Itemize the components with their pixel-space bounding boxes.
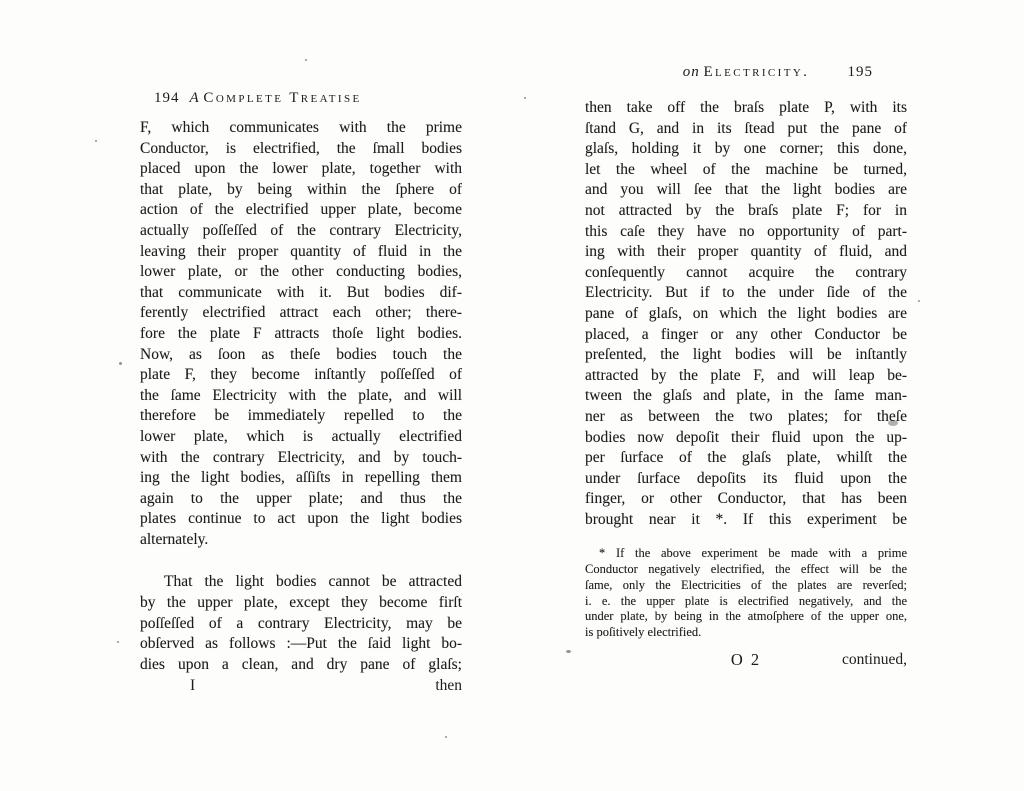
- right-page-number: 195: [848, 64, 874, 81]
- text-line: under ſurface depoſits its fluid upon th…: [585, 469, 907, 490]
- text-line: again to the upper plate; and thus the: [140, 489, 462, 510]
- text-line: preſented, the light bodies will be inſt…: [585, 345, 907, 366]
- scan-speck: [524, 97, 526, 99]
- spacer: [585, 650, 731, 671]
- footnote: * If the above experiment be made with a…: [585, 546, 907, 640]
- running-title-prefix-italic: on: [683, 64, 700, 80]
- text-line: by the upper plate, except they become f…: [140, 593, 462, 614]
- right-signature-row: O 2 continued,: [585, 650, 907, 671]
- scan-speck: [119, 362, 122, 365]
- text-line: that communicate with it. But bodies dif…: [140, 283, 462, 304]
- text-line: lower plate, or the other conducting bod…: [140, 262, 462, 283]
- text-line: placed, a finger or any other Conductor …: [585, 325, 907, 346]
- text-line: fore the plate F attracts thoſe light bo…: [140, 324, 462, 345]
- text-line: brought near it *. If this experiment be: [585, 510, 907, 531]
- text-line: with the contrary Electricity, and by to…: [140, 448, 462, 469]
- scan-speck: [566, 650, 571, 653]
- text-line: then take off the braſs plate P, with it…: [585, 98, 907, 119]
- running-title-text: Electricity.: [703, 64, 809, 80]
- text-line: lower plate, which is actually electrifi…: [140, 427, 462, 448]
- text-line: tween the glaſs and plate, in the ſame m…: [585, 386, 907, 407]
- text-line: Conductor negatively electrified, the ef…: [585, 562, 907, 578]
- text-line: ner as between the two plates; for theſe: [585, 407, 907, 428]
- text-line: Electricity. But if to the under ſide of…: [585, 283, 907, 304]
- right-body-paragraph: then take off the braſs plate P, with it…: [585, 98, 907, 530]
- text-line: plates continue to act upon the light bo…: [140, 509, 462, 530]
- left-paragraph-2: That the light bodies cannot be attracte…: [140, 572, 462, 675]
- text-line: conſequently cannot acquire the contrary: [585, 263, 907, 284]
- text-line: plate F, they become inſtantly poſſeſſed…: [140, 365, 462, 386]
- text-line: placed upon the lower plate, together wi…: [140, 159, 462, 180]
- text-line: actually poſſeſſed of the contrary Elect…: [140, 221, 462, 242]
- left-paragraph-1: F, which communicates with the primeCond…: [140, 118, 462, 550]
- left-signature-mark: I: [140, 676, 195, 697]
- scan-speck: [117, 641, 119, 643]
- text-line: and you will ſee that the light bodies a…: [585, 180, 907, 201]
- text-line: let the wheel of the machine be turned,: [585, 160, 907, 181]
- text-line: under plate, by being in the atmoſphere …: [585, 609, 907, 625]
- text-line: this caſe they have no opportunity of pa…: [585, 222, 907, 243]
- text-line: ſame, only the Electricities of the plat…: [585, 578, 907, 594]
- text-line: leaving their proper quantity of fluid i…: [140, 242, 462, 263]
- text-line: ſtand G, and in its ſtead put the pane o…: [585, 119, 907, 140]
- text-line: obſerved as follows :—Put the ſaid light…: [140, 634, 462, 655]
- text-line: pane of glaſs, on which the light bodies…: [585, 304, 907, 325]
- paragraph-gap: [140, 550, 462, 572]
- scan-speck: [445, 736, 447, 738]
- text-line: Now, as ſoon as theſe bodies touch the: [140, 345, 462, 366]
- text-line: alternately.: [140, 530, 462, 551]
- text-line: ing with their proper quantity of fluid,…: [585, 242, 907, 263]
- scan-speck: [918, 300, 920, 302]
- text-line: action of the electrified upper plate, b…: [140, 200, 462, 221]
- text-line: dies upon a clean, and dry pane of glaſs…: [140, 655, 462, 676]
- text-line: per ſurface of the glaſs plate, whilſt t…: [585, 448, 907, 469]
- text-line: That the light bodies cannot be attracte…: [140, 572, 462, 593]
- right-catchword: continued,: [761, 650, 907, 671]
- scan-speck: [305, 59, 307, 61]
- left-page: 194A Complete Treatise F, which communic…: [140, 90, 462, 697]
- left-catchword: then: [435, 676, 462, 697]
- left-page-header: 194A Complete Treatise: [140, 90, 462, 108]
- scan-smudge: [888, 420, 898, 426]
- text-line: ing the light bodies, aſſiſts in repelli…: [140, 468, 462, 489]
- running-title-italic: A: [190, 90, 200, 106]
- left-signature-row: I then: [140, 676, 462, 697]
- running-title-text: Complete Treatise: [203, 90, 361, 106]
- book-scan: 194A Complete Treatise F, which communic…: [0, 0, 1024, 791]
- text-line: bodies now depoſit their fluid upon the …: [585, 428, 907, 449]
- text-line: poſſeſſed of a contrary Electricity, may…: [140, 614, 462, 635]
- text-line: attracted by the plate F, and will leap …: [585, 366, 907, 387]
- text-line: F, which communicates with the prime: [140, 118, 462, 139]
- text-line: is poſitively electrified.: [585, 625, 907, 641]
- right-page: on Electricity. 195 then take off the br…: [585, 64, 907, 670]
- text-line: that plate, by being within the ſphere o…: [140, 180, 462, 201]
- text-line: finger, or other Conductor, that has bee…: [585, 489, 907, 510]
- text-line: the ſame Electricity with the plate, and…: [140, 386, 462, 407]
- right-running-title: on Electricity.: [683, 64, 810, 80]
- right-signature-mark: O 2: [731, 650, 761, 671]
- left-running-title: A Complete Treatise: [190, 90, 362, 106]
- text-line: i. e. the upper plate is electrified neg…: [585, 594, 907, 610]
- left-page-number: 194: [154, 90, 180, 106]
- text-line: glaſs, holding it by one corner; this do…: [585, 139, 907, 160]
- scan-speck: [95, 140, 97, 142]
- text-line: Conductor, is electrified, the ſmall bod…: [140, 139, 462, 160]
- text-line: * If the above experiment be made with a…: [585, 546, 907, 562]
- right-page-header: on Electricity. 195: [585, 64, 907, 82]
- text-line: therefore be immediately repelled to the: [140, 406, 462, 427]
- text-line: ferently electrified attract each other;…: [140, 303, 462, 324]
- text-line: not attracted by the braſs plate F; for …: [585, 201, 907, 222]
